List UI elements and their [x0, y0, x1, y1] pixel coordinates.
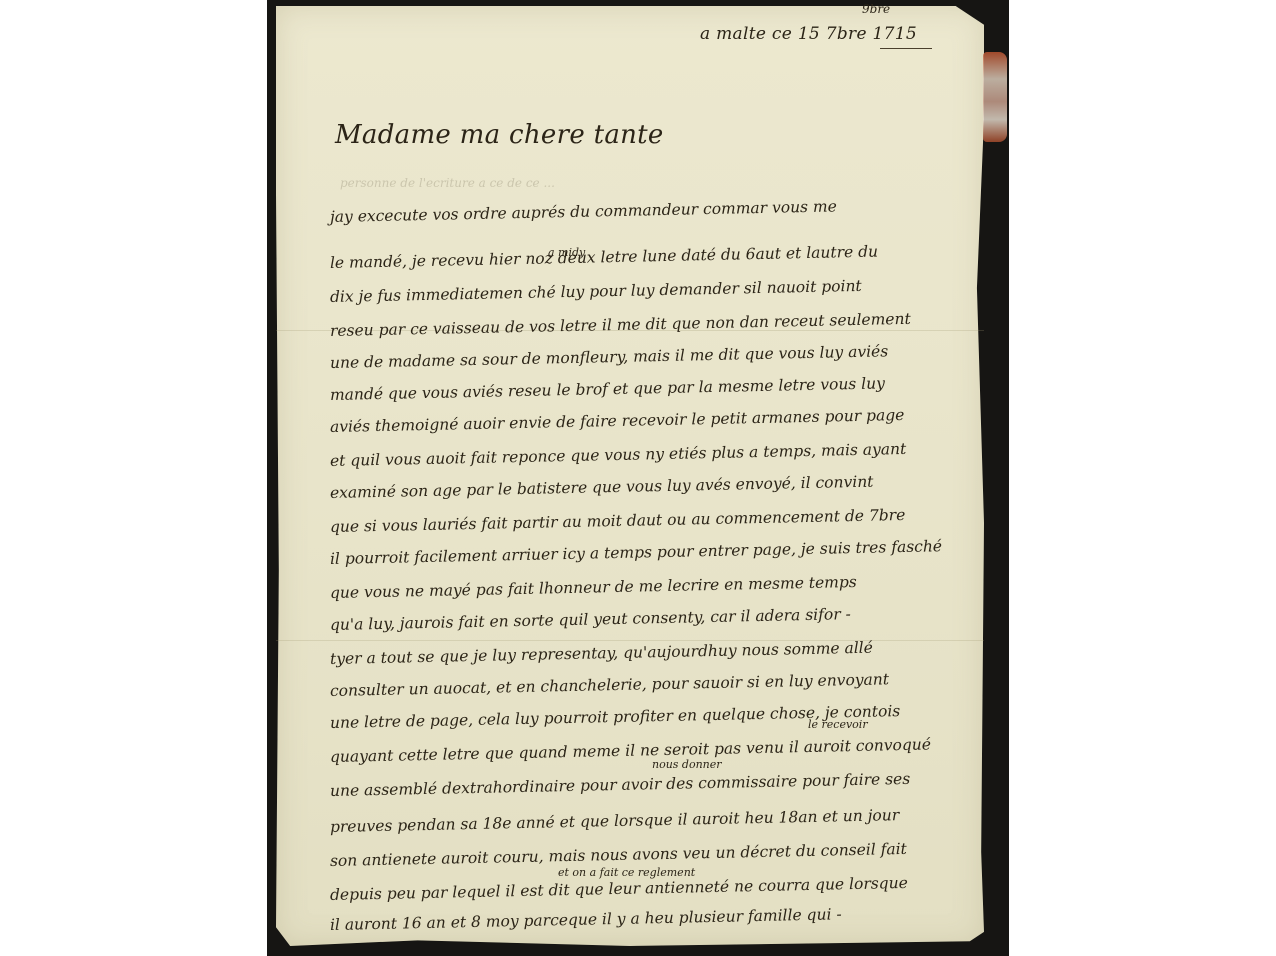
interlinear-insert: et on a fait ce reglement — [558, 866, 695, 879]
scan-stage: personne de l'ecriture a ce de ce ... 9b… — [0, 0, 1276, 956]
bleed-through-text: personne de l'ecriture a ce de ce ... — [340, 176, 970, 190]
salutation: Madame ma chere tante — [335, 120, 664, 150]
date-month-correction: 9bre — [862, 2, 890, 16]
date-underline — [880, 48, 932, 49]
interlinear-insert: nous donner — [652, 758, 722, 771]
wax-seal-remnant — [983, 52, 1007, 142]
dateline: a malte ce 15 7bre 1715 — [700, 24, 917, 44]
